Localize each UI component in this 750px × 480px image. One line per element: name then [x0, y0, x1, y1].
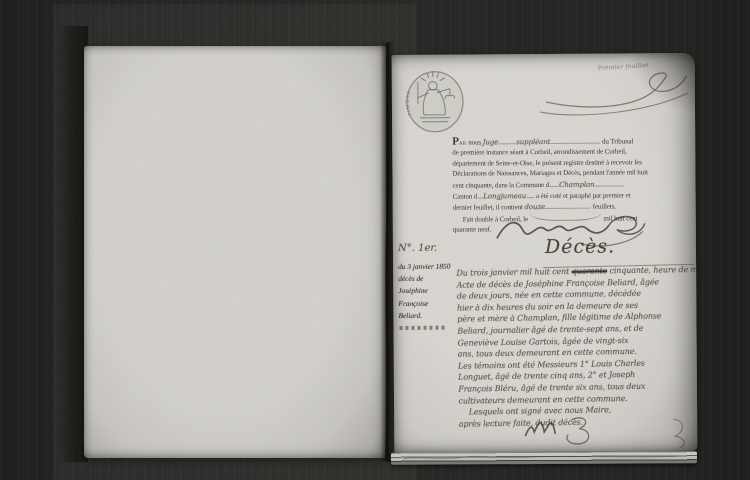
blank-underline: [549, 179, 559, 187]
printed-text: Françoise: [398, 298, 428, 307]
printed-text: cultivateurs demeurant en cette commune.: [458, 394, 627, 406]
printed-text: Du trois janvier mil huit cent: [456, 267, 571, 278]
margin-note-line: du 3 janvier 1850: [398, 261, 458, 274]
right-page: Premier feuillet TIMBRE Par nous Jugesup…: [392, 53, 698, 453]
printed-text: du Tribunal: [600, 137, 633, 145]
act-number-label: N°. 1er.: [398, 243, 437, 254]
act-body: Du trois janvier mil huit cent quarante …: [456, 264, 697, 430]
edge-scribble-icon: [401, 452, 681, 461]
squiggle-mark-icon: [400, 326, 448, 330]
printed-text: de première instance séant à Corbeil, ar…: [452, 148, 626, 157]
margin-note-line: Joséphine: [398, 285, 458, 298]
printed-text: de deux jours, née en cette commune, déc…: [457, 289, 641, 301]
handwritten-text: suppléant: [516, 138, 550, 146]
blank-underline: [526, 190, 534, 198]
printed-text: nous: [467, 138, 483, 146]
printed-text: quarante neuf.: [453, 226, 492, 234]
act-heading: Décès.: [545, 236, 615, 258]
margin-note-line: décès de: [398, 273, 458, 286]
page-fore-edge: [391, 451, 697, 465]
printed-text: Longuet, âgé de trente cinq ans, 2° et J…: [458, 370, 635, 382]
printed-text: du 3 janvier 1850: [398, 262, 450, 271]
margin-note-line: Beliard.: [398, 309, 458, 322]
printed-text: décès de: [398, 274, 423, 283]
printed-text: cinquante, heure de midi,: [607, 265, 697, 276]
printed-text: département de Seine-et-Oise, le présent…: [452, 158, 642, 167]
printed-text: quarante: [572, 266, 608, 276]
printed-text: Geneviève Louise Gartois, âgée de vingt-…: [458, 336, 629, 348]
paper-grain: [84, 46, 386, 458]
printed-text: Beliard.: [398, 311, 422, 320]
printed-text: François Bléru, âgé de trente six ans, t…: [458, 382, 645, 394]
printed-text: cent cinquante, dans la Commune d: [452, 181, 549, 190]
printed-text: Joséphine: [398, 286, 428, 295]
margin-notes: du 3 janvier 1850décès deJoséphineFranço…: [398, 261, 458, 322]
handwritten-text: Champlan: [559, 180, 594, 188]
printed-text: a été coté et paraphé par premier et: [534, 191, 630, 200]
printed-text: Déclarations de Naissances, Mariages et …: [452, 168, 647, 177]
handwritten-text: Longjumeau: [483, 192, 526, 200]
printed-text: ans, tous deux demeurant en cette commun…: [458, 347, 637, 359]
blank-underline: [594, 178, 624, 186]
justice-seal-stamp-icon: TIMBRE: [403, 69, 467, 137]
printed-text: Beliard, journalier âgé de trente-sept a…: [457, 324, 643, 336]
printed-text: Canton d: [453, 192, 478, 200]
scanned-register-photo: Premier feuillet TIMBRE Par nous Jugesup…: [0, 0, 750, 480]
margin-note-line: Françoise: [398, 297, 458, 310]
left-page-blank: [84, 46, 386, 458]
signature-flourish-icon: [538, 67, 690, 118]
handwritten-text: Juge: [483, 138, 499, 146]
blank-underline: [498, 136, 516, 144]
signature-scribbles-icon: [489, 413, 694, 450]
blank-underline: [550, 136, 600, 144]
